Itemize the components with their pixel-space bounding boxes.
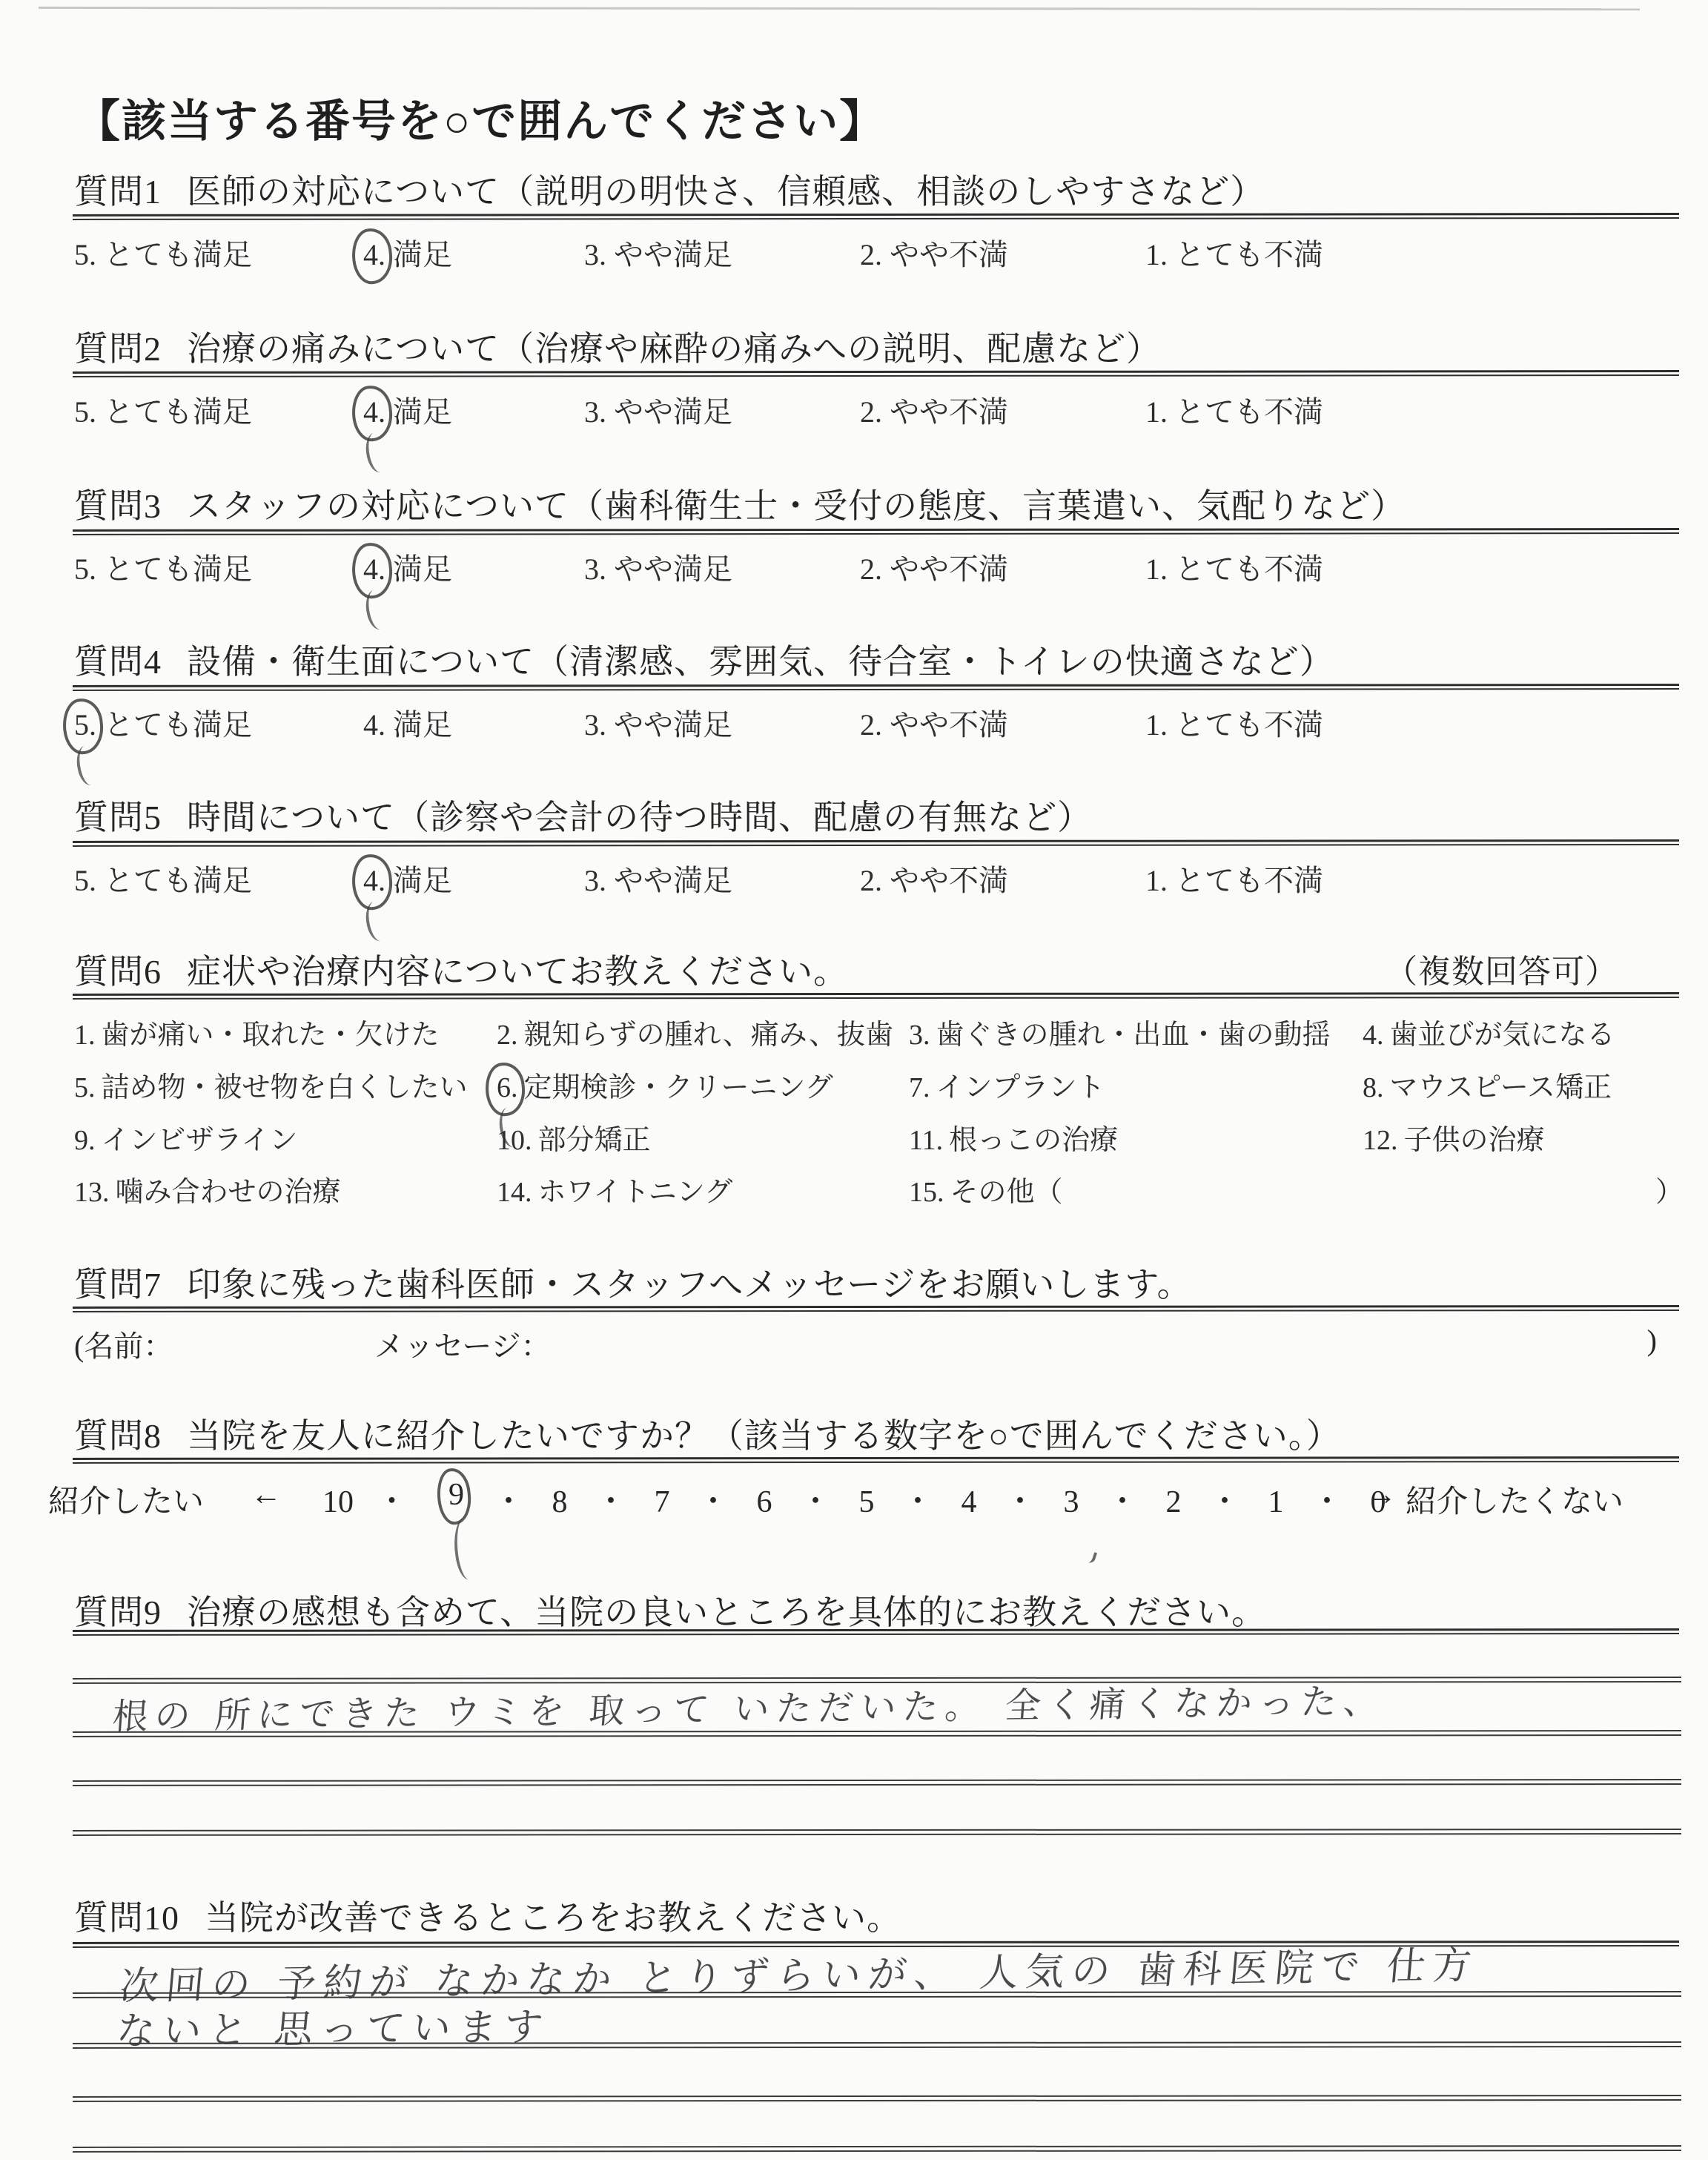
divider-line bbox=[73, 370, 1679, 377]
divider-line bbox=[73, 213, 1679, 220]
q1-title: 質問1医師の対応について（説明の明快さ、信頼感、相談のしやすさなど） bbox=[74, 165, 1265, 214]
q2-number: 質問2 bbox=[74, 330, 162, 368]
q4-option-4[interactable]: 4.満足 bbox=[363, 701, 452, 744]
q7-name-field-label[interactable]: (名前： bbox=[74, 1323, 173, 1365]
q4-option-3[interactable]: 3.やや満足 bbox=[584, 701, 732, 744]
q3-text: スタッフの対応について（歯科衛生士・受付の態度、言葉遣い、気配りなど） bbox=[187, 487, 1406, 525]
q7-text: 印象に残った歯科医師・スタッフへメッセージをお願いします。 bbox=[187, 1266, 1192, 1304]
q6-item-10[interactable]: 10.部分矯正 bbox=[497, 1117, 651, 1157]
q6-item-13[interactable]: 13.噛み合わせの治療 bbox=[74, 1169, 341, 1209]
q4-option-5-circled[interactable]: 5.とても満足 bbox=[74, 701, 252, 744]
q10-number: 質問10 bbox=[74, 1899, 179, 1937]
q5-option-5[interactable]: 5.とても満足 bbox=[74, 857, 252, 899]
q2-option-1[interactable]: 1.とても不満 bbox=[1145, 389, 1323, 431]
q2-options: 5.とても満足 4.満足 3.やや満足 2.やや不満 1.とても不満 bbox=[74, 389, 1679, 433]
q1-option-1[interactable]: 1.とても不満 bbox=[1145, 231, 1323, 274]
q9-title: 質問9治療の感想も含めて、当院の良いところを具体的にお教えください。 bbox=[74, 1585, 1266, 1634]
q6-item-5[interactable]: 5.詰め物・被せ物を白くしたい bbox=[74, 1064, 468, 1105]
q2-option-3[interactable]: 3.やや満足 bbox=[584, 389, 732, 431]
q7-message-field-label[interactable]: メッセージ： bbox=[374, 1323, 551, 1365]
q5-text: 時間について（診察や会計の待つ時間、配慮の有無など） bbox=[187, 799, 1092, 836]
q2-text: 治療の痛みについて（治療や麻酔の痛みへの説明、配慮など） bbox=[187, 330, 1161, 368]
q6-item-8[interactable]: 8.マウスピース矯正 bbox=[1363, 1064, 1612, 1105]
q1-option-2[interactable]: 2.やや不満 bbox=[860, 231, 1008, 274]
handwritten-circle-mark: 4. bbox=[363, 394, 385, 429]
q3-option-5[interactable]: 5.とても満足 bbox=[74, 546, 252, 588]
divider-line bbox=[73, 992, 1679, 1000]
q6-row-2: 5.詰め物・被せ物を白くしたい 6.定期検診・クリーニング 7.インプラント 8… bbox=[74, 1064, 1679, 1106]
q8-scale-9-circled[interactable]: 9 bbox=[448, 1477, 464, 1513]
q3-options: 5.とても満足 4.満足 3.やや満足 2.やや不満 1.とても不満 bbox=[74, 546, 1679, 590]
right-arrow-icon: → bbox=[1366, 1477, 1397, 1513]
divider-line bbox=[73, 1456, 1679, 1464]
q4-options: 5.とても満足 4.満足 3.やや満足 2.やや不満 1.とても不満 bbox=[74, 701, 1679, 746]
q2-option-5[interactable]: 5.とても満足 bbox=[74, 389, 252, 431]
q7-number: 質問7 bbox=[74, 1266, 162, 1304]
q1-option-3[interactable]: 3.やや満足 bbox=[584, 231, 732, 274]
q8-scale-8-to-0[interactable]: ・ 8 ・ 7 ・ 6 ・ 5 ・ 4 ・ 3 ・ 2 ・ 1 ・ 0 bbox=[493, 1477, 1386, 1522]
writing-line bbox=[73, 2095, 1681, 2102]
survey-sheet: 【該当する番号を○で囲んでください】 質問1医師の対応について（説明の明快さ、信… bbox=[74, 0, 1679, 2160]
q2-option-4-circled[interactable]: 4.満足 bbox=[363, 389, 452, 431]
q2-title: 質問2治療の痛みについて（治療や麻酔の痛みへの説明、配慮など） bbox=[74, 322, 1161, 371]
q6-item-12[interactable]: 12.子供の治療 bbox=[1363, 1117, 1545, 1157]
q6-text: 症状や治療内容についてお教えください。 bbox=[187, 953, 848, 991]
q7-close-paren: ) bbox=[1647, 1323, 1657, 1358]
handwritten-circle-mark: 4. bbox=[363, 552, 385, 587]
q6-row-4: 13.噛み合わせの治療 14.ホワイトニング 15.その他（ ） bbox=[74, 1169, 1679, 1210]
q5-title: 質問5時間について（診察や会計の待つ時間、配慮の有無など） bbox=[74, 790, 1092, 839]
form-heading: 【該当する番号を○で囲んでください】 bbox=[76, 86, 885, 150]
divider-line bbox=[73, 839, 1679, 847]
writing-line bbox=[73, 1779, 1681, 1786]
q4-text: 設備・衛生面について（清潔感、雰囲気、待合室・トイレの快適さなど） bbox=[187, 643, 1334, 681]
q6-item-1[interactable]: 1.歯が痛い・取れた・欠けた bbox=[74, 1011, 440, 1052]
q5-option-1[interactable]: 1.とても不満 bbox=[1145, 857, 1323, 899]
q5-options: 5.とても満足 4.満足 3.やや満足 2.やや不満 1.とても不満 bbox=[74, 857, 1679, 902]
handwritten-circle-mark: 4. bbox=[363, 863, 385, 898]
q4-option-1[interactable]: 1.とても不満 bbox=[1145, 701, 1323, 744]
q5-number: 質問5 bbox=[74, 799, 162, 836]
q8-label-want-to-refer: 紹介したい bbox=[48, 1477, 204, 1522]
q8-text: 当院を友人に紹介したいですか？（該当する数字を○で囲んでください。） bbox=[187, 1417, 1341, 1455]
q6-item-15[interactable]: 15.その他（ bbox=[909, 1169, 1063, 1209]
q10-text: 当院が改善できるところをお教えください。 bbox=[205, 1899, 901, 1937]
q6-item-3[interactable]: 3.歯ぐきの腫れ・出血・歯の動揺 bbox=[909, 1011, 1331, 1052]
q6-title: 質問6症状や治療内容についてお教えください。 bbox=[74, 945, 848, 994]
q2-option-2[interactable]: 2.やや不満 bbox=[860, 389, 1008, 431]
q3-number: 質問3 bbox=[74, 487, 162, 525]
q6-item-2[interactable]: 2.親知らずの腫れ、痛み、抜歯 bbox=[497, 1011, 893, 1052]
q7-title: 質問7印象に残った歯科医師・スタッフへメッセージをお願いします。 bbox=[74, 1258, 1192, 1307]
divider-line bbox=[73, 1628, 1679, 1636]
q3-option-4-circled[interactable]: 4.満足 bbox=[363, 546, 452, 588]
q6-item-11[interactable]: 11.根っこの治療 bbox=[909, 1117, 1118, 1157]
q6-item-9[interactable]: 9.インビザライン bbox=[74, 1117, 297, 1157]
q5-option-3[interactable]: 3.やや満足 bbox=[584, 857, 732, 899]
q1-text: 医師の対応について（説明の明快さ、信頼感、相談のしやすさなど） bbox=[187, 173, 1265, 211]
q3-option-3[interactable]: 3.やや満足 bbox=[584, 546, 732, 588]
q1-option-4-circled[interactable]: 4.満足 bbox=[363, 231, 452, 274]
q10-title: 質問10当院が改善できるところをお教えください。 bbox=[74, 1891, 901, 1940]
writing-line bbox=[73, 1730, 1681, 1737]
q6-item-14[interactable]: 14.ホワイトニング bbox=[497, 1169, 732, 1209]
q8-label-do-not-refer: 紹介したくない bbox=[1406, 1477, 1623, 1522]
handwritten-circle-mark: 6. bbox=[497, 1071, 518, 1104]
q5-option-2[interactable]: 2.やや不満 bbox=[860, 857, 1008, 899]
q3-option-1[interactable]: 1.とても不満 bbox=[1145, 546, 1323, 588]
divider-line bbox=[73, 684, 1679, 691]
q6-item-4[interactable]: 4.歯並びが気になる bbox=[1363, 1011, 1615, 1052]
q8-scale-10[interactable]: 10 ・ bbox=[322, 1477, 408, 1522]
divider-line bbox=[73, 1305, 1679, 1312]
writing-line bbox=[73, 1829, 1681, 1836]
q6-item-7[interactable]: 7.インプラント bbox=[909, 1064, 1105, 1105]
writing-line bbox=[73, 2145, 1681, 2153]
q3-option-2[interactable]: 2.やや不満 bbox=[860, 546, 1008, 588]
handwritten-circle-mark: 5. bbox=[74, 707, 96, 742]
writing-line bbox=[73, 2041, 1681, 2049]
q1-options: 5.とても満足 4.満足 3.やや満足 2.やや不満 1.とても不満 bbox=[74, 231, 1679, 276]
q8-title: 質問8当院を友人に紹介したいですか？（該当する数字を○で囲んでください。） bbox=[74, 1409, 1341, 1458]
q6-item-15-close-paren: ） bbox=[1655, 1169, 1684, 1209]
q6-multiple-answers-note: （複数回答可） bbox=[1385, 945, 1618, 992]
q1-number: 質問1 bbox=[74, 173, 162, 211]
q6-number: 質問6 bbox=[74, 953, 162, 991]
q4-option-2[interactable]: 2.やや不満 bbox=[860, 701, 1008, 744]
q4-number: 質問4 bbox=[74, 643, 162, 681]
q5-option-4-circled[interactable]: 4.満足 bbox=[363, 857, 452, 899]
q8-number: 質問8 bbox=[74, 1417, 162, 1455]
q6-row-3: 9.インビザライン 10.部分矯正 11.根っこの治療 12.子供の治療 bbox=[74, 1117, 1679, 1158]
q3-title: 質問3スタッフの対応について（歯科衛生士・受付の態度、言葉遣い、気配りなど） bbox=[74, 479, 1406, 528]
q6-row-1: 1.歯が痛い・取れた・欠けた 2.親知らずの腫れ、痛み、抜歯 3.歯ぐきの腫れ・… bbox=[74, 1011, 1679, 1053]
q9-number: 質問9 bbox=[74, 1593, 162, 1631]
divider-line bbox=[73, 528, 1679, 535]
q6-item-6-circled[interactable]: 6.定期検診・クリーニング bbox=[497, 1064, 833, 1105]
q1-option-5[interactable]: 5.とても満足 bbox=[74, 231, 252, 274]
q4-title: 質問4設備・衛生面について（清潔感、雰囲気、待合室・トイレの快適さなど） bbox=[74, 635, 1334, 684]
left-arrow-icon: ← bbox=[251, 1477, 282, 1513]
handwritten-circle-mark: 4. bbox=[363, 237, 385, 272]
q9-text: 治療の感想も含めて、当院の良いところを具体的にお教えください。 bbox=[187, 1593, 1266, 1631]
